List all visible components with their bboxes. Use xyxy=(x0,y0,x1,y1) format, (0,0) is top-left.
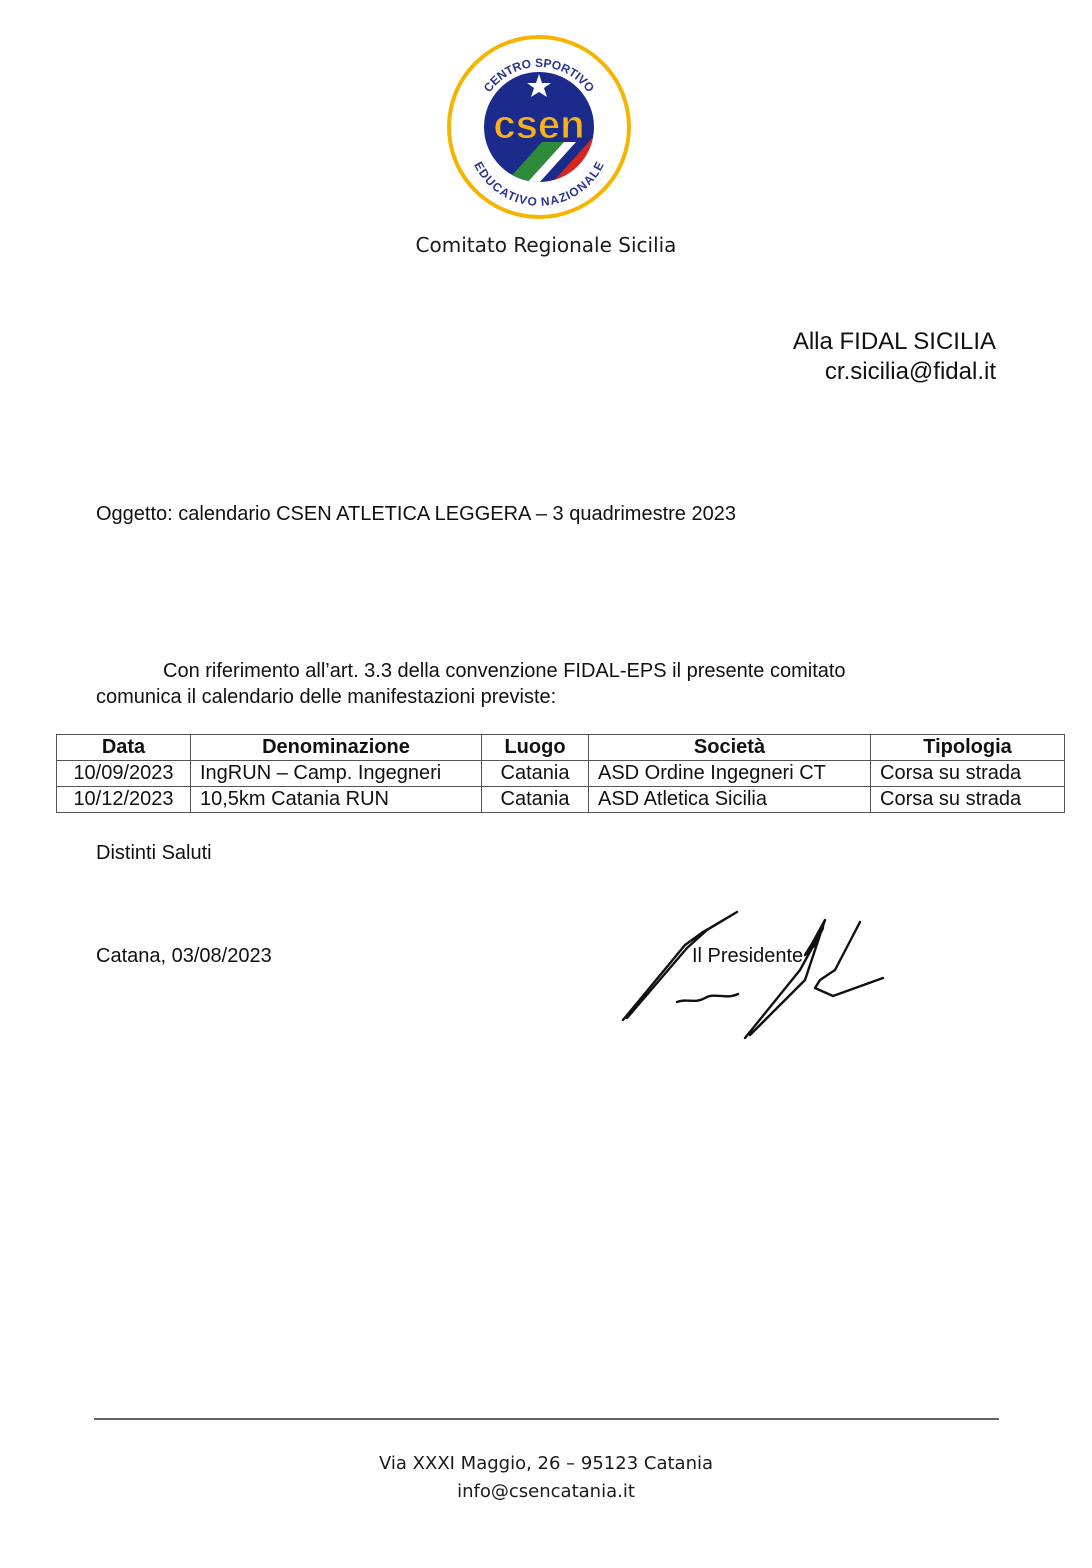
cell-location: Catania xyxy=(482,761,589,787)
events-table: Data Denominazione Luogo Società Tipolog… xyxy=(56,734,1065,813)
cell-location: Catania xyxy=(482,787,589,813)
table-row: 10/12/2023 10,5km Catania RUN Catania AS… xyxy=(57,787,1065,813)
recipient-email: cr.sicilia@fidal.it xyxy=(793,357,996,387)
cell-event-name: 10,5km Catania RUN xyxy=(191,787,482,813)
recipient-name: Alla FIDAL SICILIA xyxy=(793,327,996,357)
handwritten-signature-icon xyxy=(615,900,895,1045)
cell-event-name: IngRUN – Camp. Ingegneri xyxy=(191,761,482,787)
header-luogo: Luogo xyxy=(482,735,589,761)
cell-date: 10/12/2023 xyxy=(57,787,191,813)
cell-club: ASD Atletica Sicilia xyxy=(589,787,871,813)
cell-type: Corsa su strada xyxy=(871,761,1065,787)
body-line-1: Con riferimento all’art. 3.3 della conve… xyxy=(96,658,956,684)
table-header-row: Data Denominazione Luogo Società Tipolog… xyxy=(57,735,1065,761)
header-tipologia: Tipologia xyxy=(871,735,1065,761)
cell-type: Corsa su strada xyxy=(871,787,1065,813)
recipient-block: Alla FIDAL SICILIA cr.sicilia@fidal.it xyxy=(793,327,996,387)
header-societa: Società xyxy=(589,735,871,761)
closing-salutation: Distinti Saluti xyxy=(96,842,212,865)
footer: Via XXXI Maggio, 26 – 95123 Catania info… xyxy=(0,1450,1092,1506)
body-line-2: comunica il calendario delle manifestazi… xyxy=(96,684,956,710)
body-paragraph: Con riferimento all’art. 3.3 della conve… xyxy=(96,658,956,710)
footer-divider xyxy=(94,1418,999,1420)
footer-address: Via XXXI Maggio, 26 – 95123 Catania xyxy=(0,1450,1092,1478)
footer-email: info@csencatania.it xyxy=(0,1478,1092,1506)
header-denominazione: Denominazione xyxy=(191,735,482,761)
cell-date: 10/09/2023 xyxy=(57,761,191,787)
cell-club: ASD Ordine Ingegneri CT xyxy=(589,761,871,787)
csen-logo-icon: csen CENTRO SPORTIVO EDUCATIVO NAZIONALE xyxy=(446,34,632,220)
subject-line: Oggetto: calendario CSEN ATLETICA LEGGER… xyxy=(96,503,736,526)
header-data: Data xyxy=(57,735,191,761)
place-and-date: Catana, 03/08/2023 xyxy=(96,945,272,968)
table-row: 10/09/2023 IngRUN – Camp. Ingegneri Cata… xyxy=(57,761,1065,787)
committee-name: Comitato Regionale Sicilia xyxy=(0,233,1092,257)
logo-wordmark: csen xyxy=(493,103,584,147)
